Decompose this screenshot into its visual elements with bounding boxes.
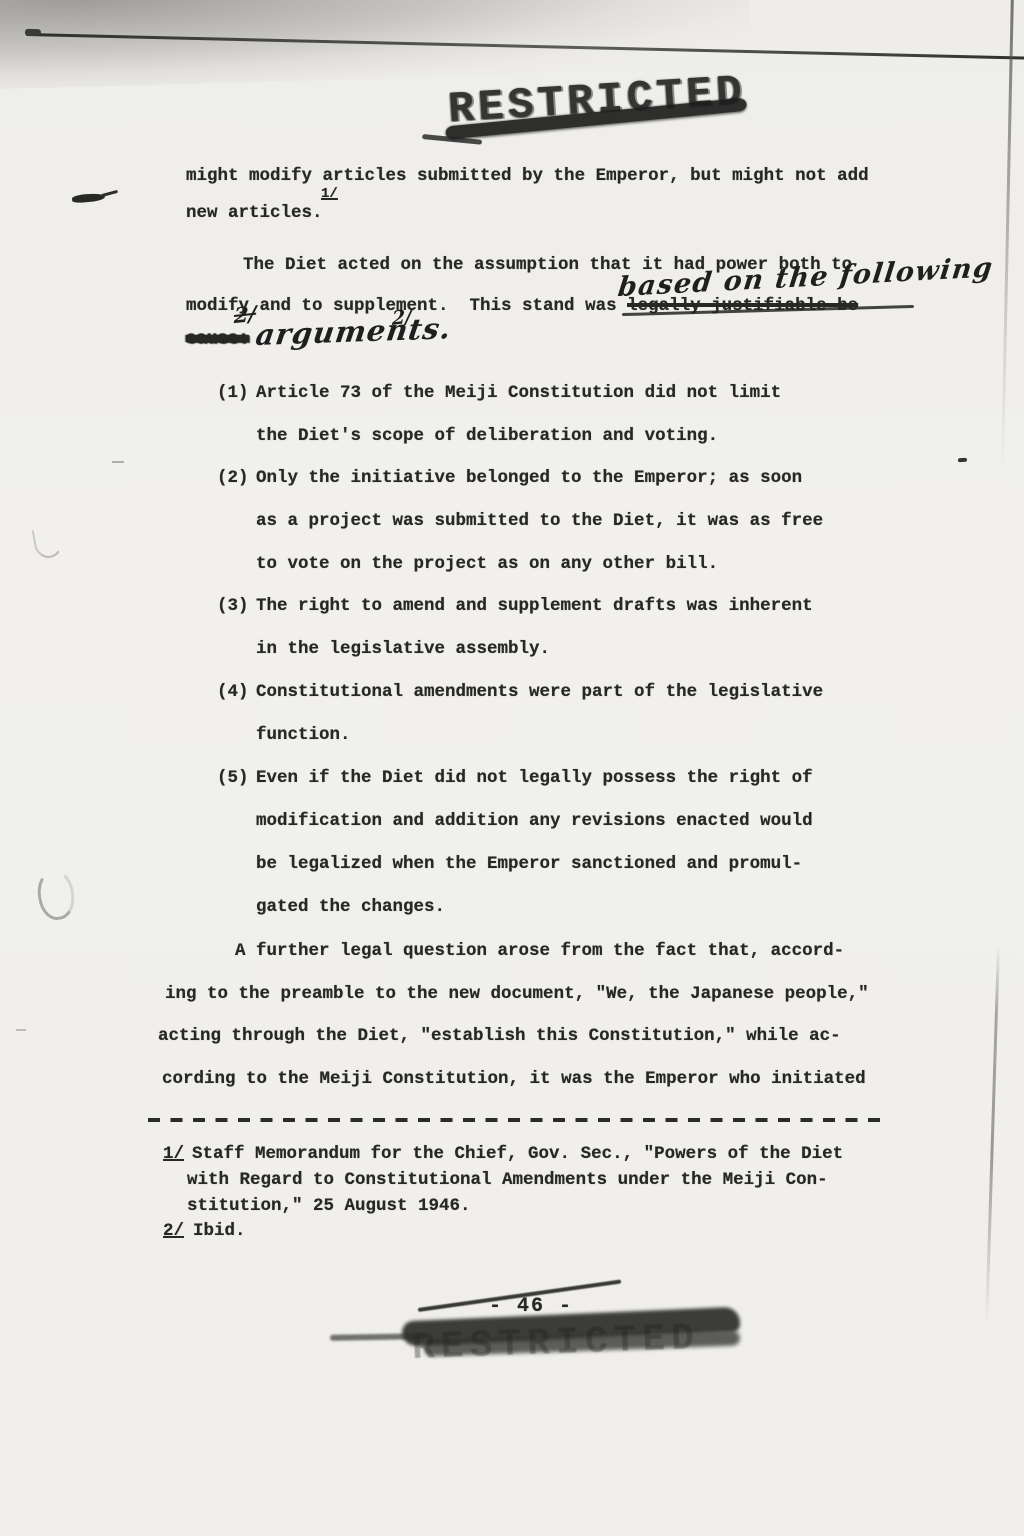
list-item-3-line-1: The right to amend and supplement drafts… xyxy=(256,598,813,616)
footnote-2-marker: 2/ xyxy=(163,1223,184,1241)
closing-line-1: A further legal question arose from the … xyxy=(235,943,844,961)
list-item-2-num: (2) xyxy=(217,470,249,488)
diet-line-2: modify and to supplement. This stand was… xyxy=(186,298,858,316)
intro-line-1: might modify articles submitted by the E… xyxy=(186,168,869,186)
list-item-2-line-2: as a project was submitted to the Diet, … xyxy=(256,513,823,531)
struck-text-cause: cause: xyxy=(186,331,249,349)
list-item-1-line-2: the Diet's scope of deliberation and vot… xyxy=(256,428,718,446)
footnote-1-line-1: Staff Memorandum for the Chief, Gov. Sec… xyxy=(192,1146,843,1164)
list-item-2-line-3: to vote on the project as on any other b… xyxy=(256,556,718,574)
list-item-4-line-2: function. xyxy=(256,727,351,745)
footnote-2-line-1: Ibid. xyxy=(193,1223,246,1241)
closing-line-2: ing to the preamble to the new document,… xyxy=(165,986,869,1004)
list-item-2-line-1: Only the initiative belonged to the Empe… xyxy=(256,470,802,488)
margin-pencil-circle xyxy=(35,868,78,923)
handwritten-footnote-ref-above: 2/ xyxy=(234,301,257,329)
list-item-5-line-1: Even if the Diet did not legally possess… xyxy=(256,770,813,788)
list-item-5-line-4: gated the changes. xyxy=(256,899,445,917)
paper-crease-bottom xyxy=(985,945,999,1323)
footnote-separator xyxy=(148,1118,886,1122)
footnote-ref-1: 1/ xyxy=(321,187,338,201)
list-item-5-line-2: modification and addition any revisions … xyxy=(256,813,813,831)
obliteration-stroke-top xyxy=(418,1279,622,1311)
intro-line-2: new articles. xyxy=(186,205,323,223)
left-margin-faint-dash xyxy=(112,461,124,463)
list-item-1-line-1: Article 73 of the Meiji Constitution did… xyxy=(256,385,781,403)
restricted-stamp-top: RESTRICTED xyxy=(447,67,747,134)
list-item-3-line-2: in the legislative assembly. xyxy=(256,641,550,659)
closing-line-3: acting through the Diet, "establish this… xyxy=(158,1028,841,1046)
list-item-4-line-1: Constitutional amendments were part of t… xyxy=(256,684,823,702)
handwritten-word-arguments: arguments. xyxy=(254,311,454,352)
footnote-1-line-3: stitution," 25 August 1946. xyxy=(187,1198,471,1216)
footnote-1-line-2: with Regard to Constitutional Amendments… xyxy=(187,1172,828,1190)
list-item-5-line-3: be legalized when the Emperor sanctioned… xyxy=(256,856,802,874)
margin-pencil-curve xyxy=(32,525,65,560)
left-margin-faint-dash-2 xyxy=(16,1029,26,1031)
restricted-stamp-bottom: RESTRICTED xyxy=(330,1294,770,1380)
scanned-document-page: RESTRICTED might modify articles submitt… xyxy=(0,0,1024,1536)
list-item-4-num: (4) xyxy=(217,684,249,702)
paper-crease-top xyxy=(1001,0,1014,470)
list-item-5-num: (5) xyxy=(217,770,249,788)
closing-line-4: cording to the Meiji Constitution, it wa… xyxy=(162,1071,866,1089)
margin-ink-dash-tail xyxy=(101,190,118,197)
list-item-1-num: (1) xyxy=(217,385,249,403)
right-margin-tick xyxy=(958,458,967,462)
page-edge-line-end xyxy=(25,29,41,37)
footnote-1-marker: 1/ xyxy=(163,1146,184,1164)
list-item-3-num: (3) xyxy=(217,598,249,616)
handwritten-footnote-ref-2: 2/ xyxy=(392,305,412,330)
